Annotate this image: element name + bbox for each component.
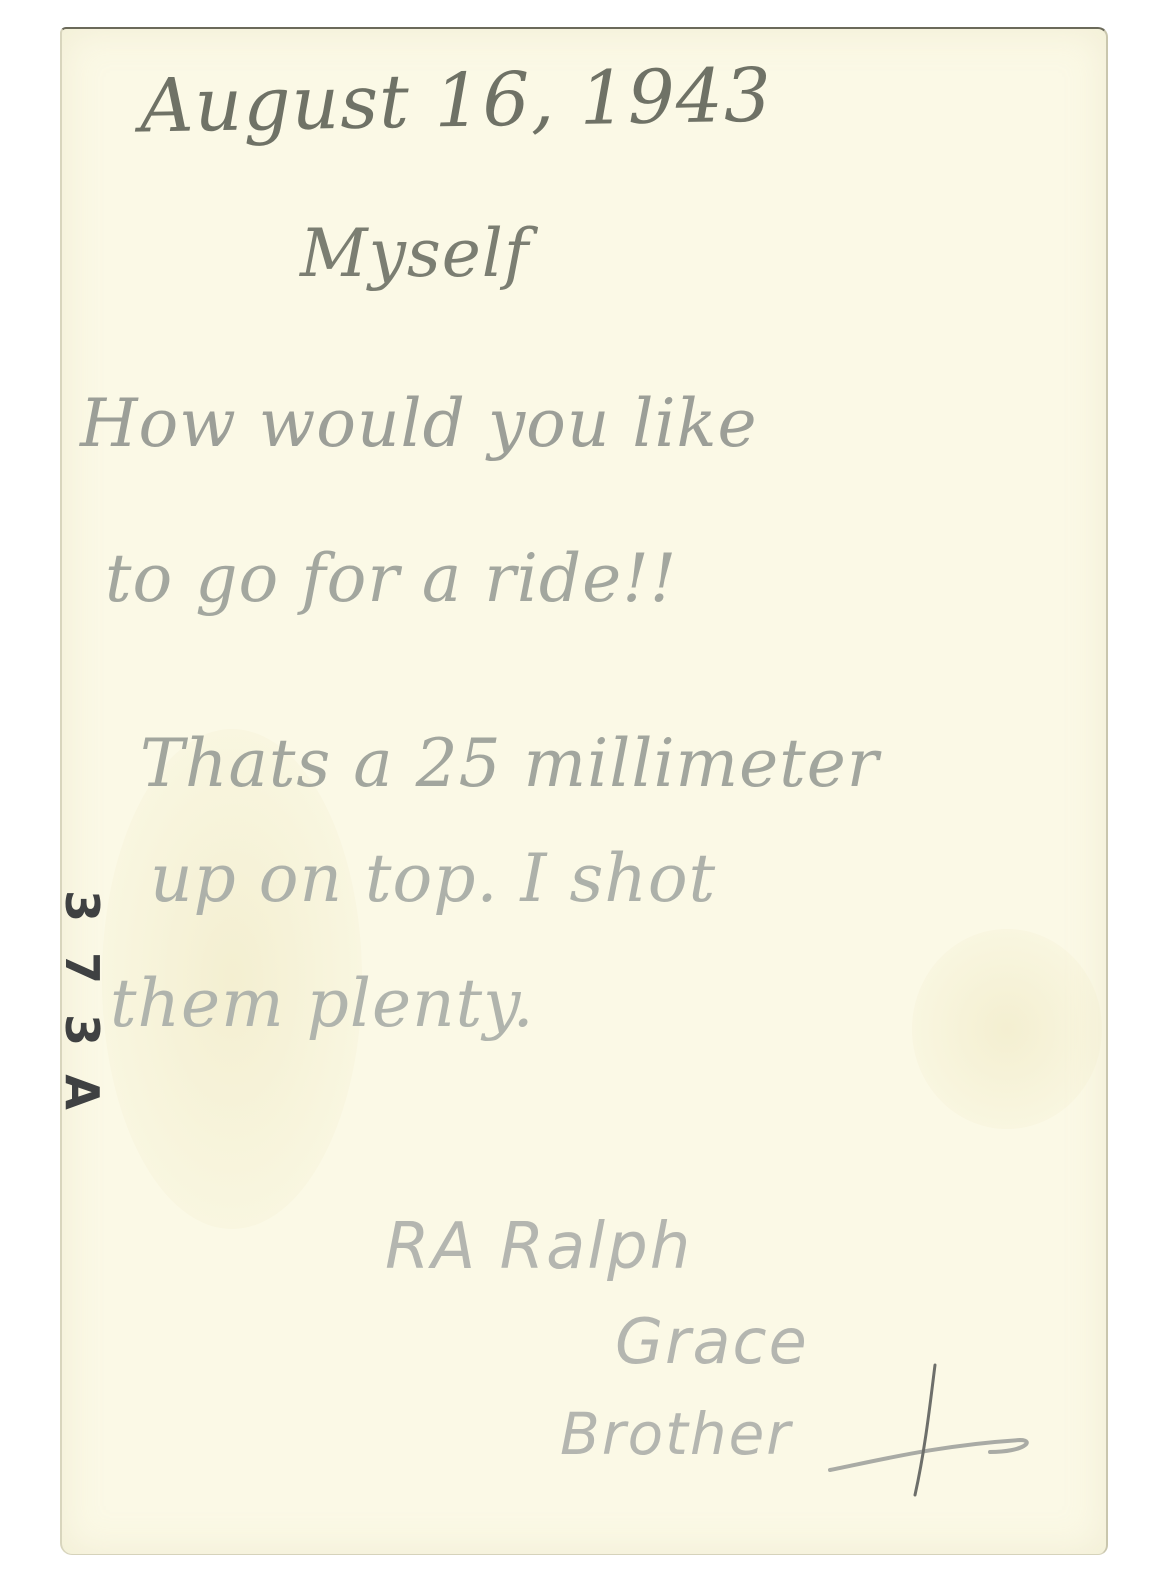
signature-line-3: Brother: [560, 1400, 792, 1468]
caption-myself: Myself: [300, 215, 529, 292]
stamp-digit: 3: [51, 876, 113, 936]
message-line-5: them plenty.: [110, 965, 535, 1042]
date-heading: August 16, 1943: [139, 52, 772, 149]
paper-crease: [912, 929, 1102, 1129]
stamp-letter: A: [51, 1062, 113, 1122]
signature-line-2: Grace: [615, 1305, 809, 1378]
stamp-digit: 3: [51, 1000, 113, 1060]
stamp-digit: 7: [51, 938, 113, 998]
message-line-3: Thats a 25 millimeter: [140, 725, 879, 802]
message-line-1: How would you like: [80, 385, 758, 462]
stamped-number: 3 7 3 A: [52, 875, 112, 1123]
signature-line-1: RA Ralph: [385, 1210, 692, 1284]
message-line-4: up on top. I shot: [150, 840, 716, 917]
signature-flourish-icon: [820, 1360, 1040, 1500]
message-line-2: to go for a ride!!: [105, 540, 677, 617]
